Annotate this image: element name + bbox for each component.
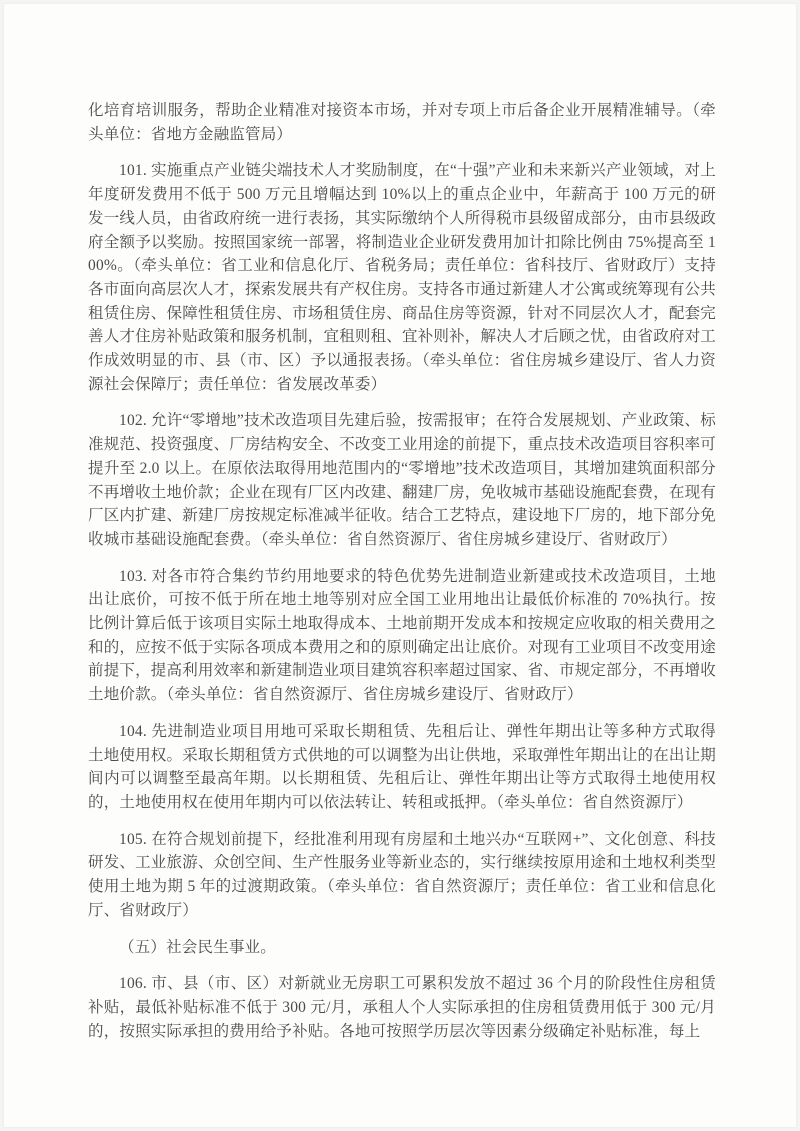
paragraph-101: 101. 实施重点产业链尖端技术人才奖励制度，在“十强”产业和未来新兴产业领域，…: [88, 159, 716, 396]
paragraph-102: 102. 允许“零增地”技术改造项目先建后验，按需报审；在符合发展规划、产业政策…: [88, 409, 716, 551]
paragraph-106: 106. 市、县（市、区）对新就业无房职工可累积发放不超过 36 个月的阶段性住…: [88, 972, 716, 1043]
document-text-block: 化培育培训服务，帮助企业精准对接资本市场，并对专项上市后备企业开展精准辅导。（牵…: [88, 99, 716, 1056]
paragraph-104: 104. 先进制造业项目用地可采取长期租赁、先租后让、弹性年期出让等多种方式取得…: [88, 720, 716, 815]
document-page: 化培育培训服务，帮助企业精准对接资本市场，并对专项上市后备企业开展精准辅导。（牵…: [4, 4, 796, 1127]
paragraph-105: 105. 在符合规划前提下，经批准利用现有房屋和土地兴办“互联网+”、文化创意、…: [88, 828, 716, 923]
section-heading-5: （五）社会民生事业。: [88, 936, 716, 960]
paragraph-continuation: 化培育培训服务，帮助企业精准对接资本市场，并对专项上市后备企业开展精准辅导。（牵…: [88, 99, 716, 146]
paragraph-103: 103. 对各市符合集约节约用地要求的特色优势先进制造业新建或技术改造项目，土地…: [88, 565, 716, 707]
